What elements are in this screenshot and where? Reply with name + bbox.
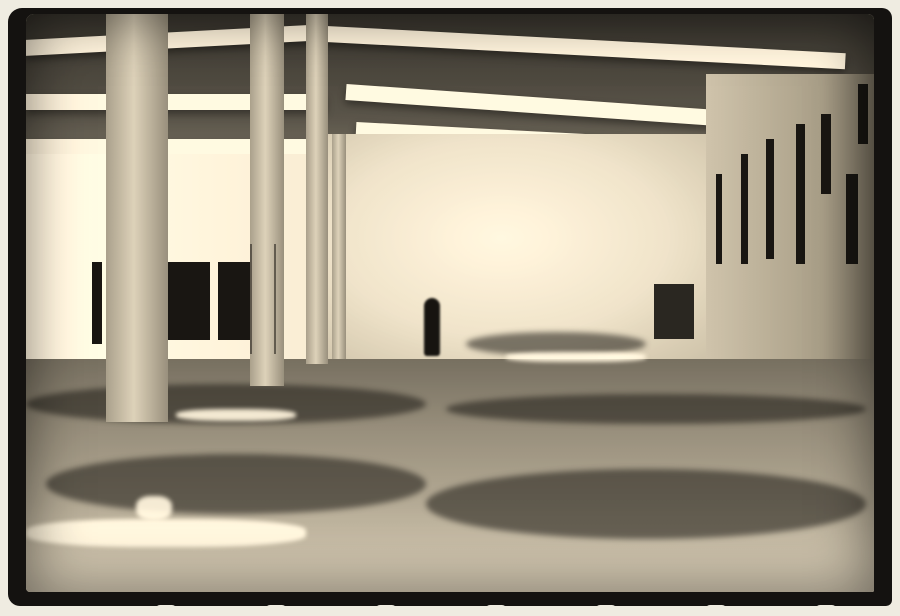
film-sprocket-notch — [155, 605, 177, 610]
photograph — [26, 14, 874, 592]
film-sprocket-notch — [485, 605, 507, 610]
film-sprocket-notch — [595, 605, 617, 610]
film-sprocket-notch — [815, 605, 837, 610]
vignette — [26, 14, 874, 592]
film-sprocket-notch — [705, 605, 727, 610]
film-sprocket-notch — [265, 605, 287, 610]
film-sprocket-notch — [375, 605, 397, 610]
